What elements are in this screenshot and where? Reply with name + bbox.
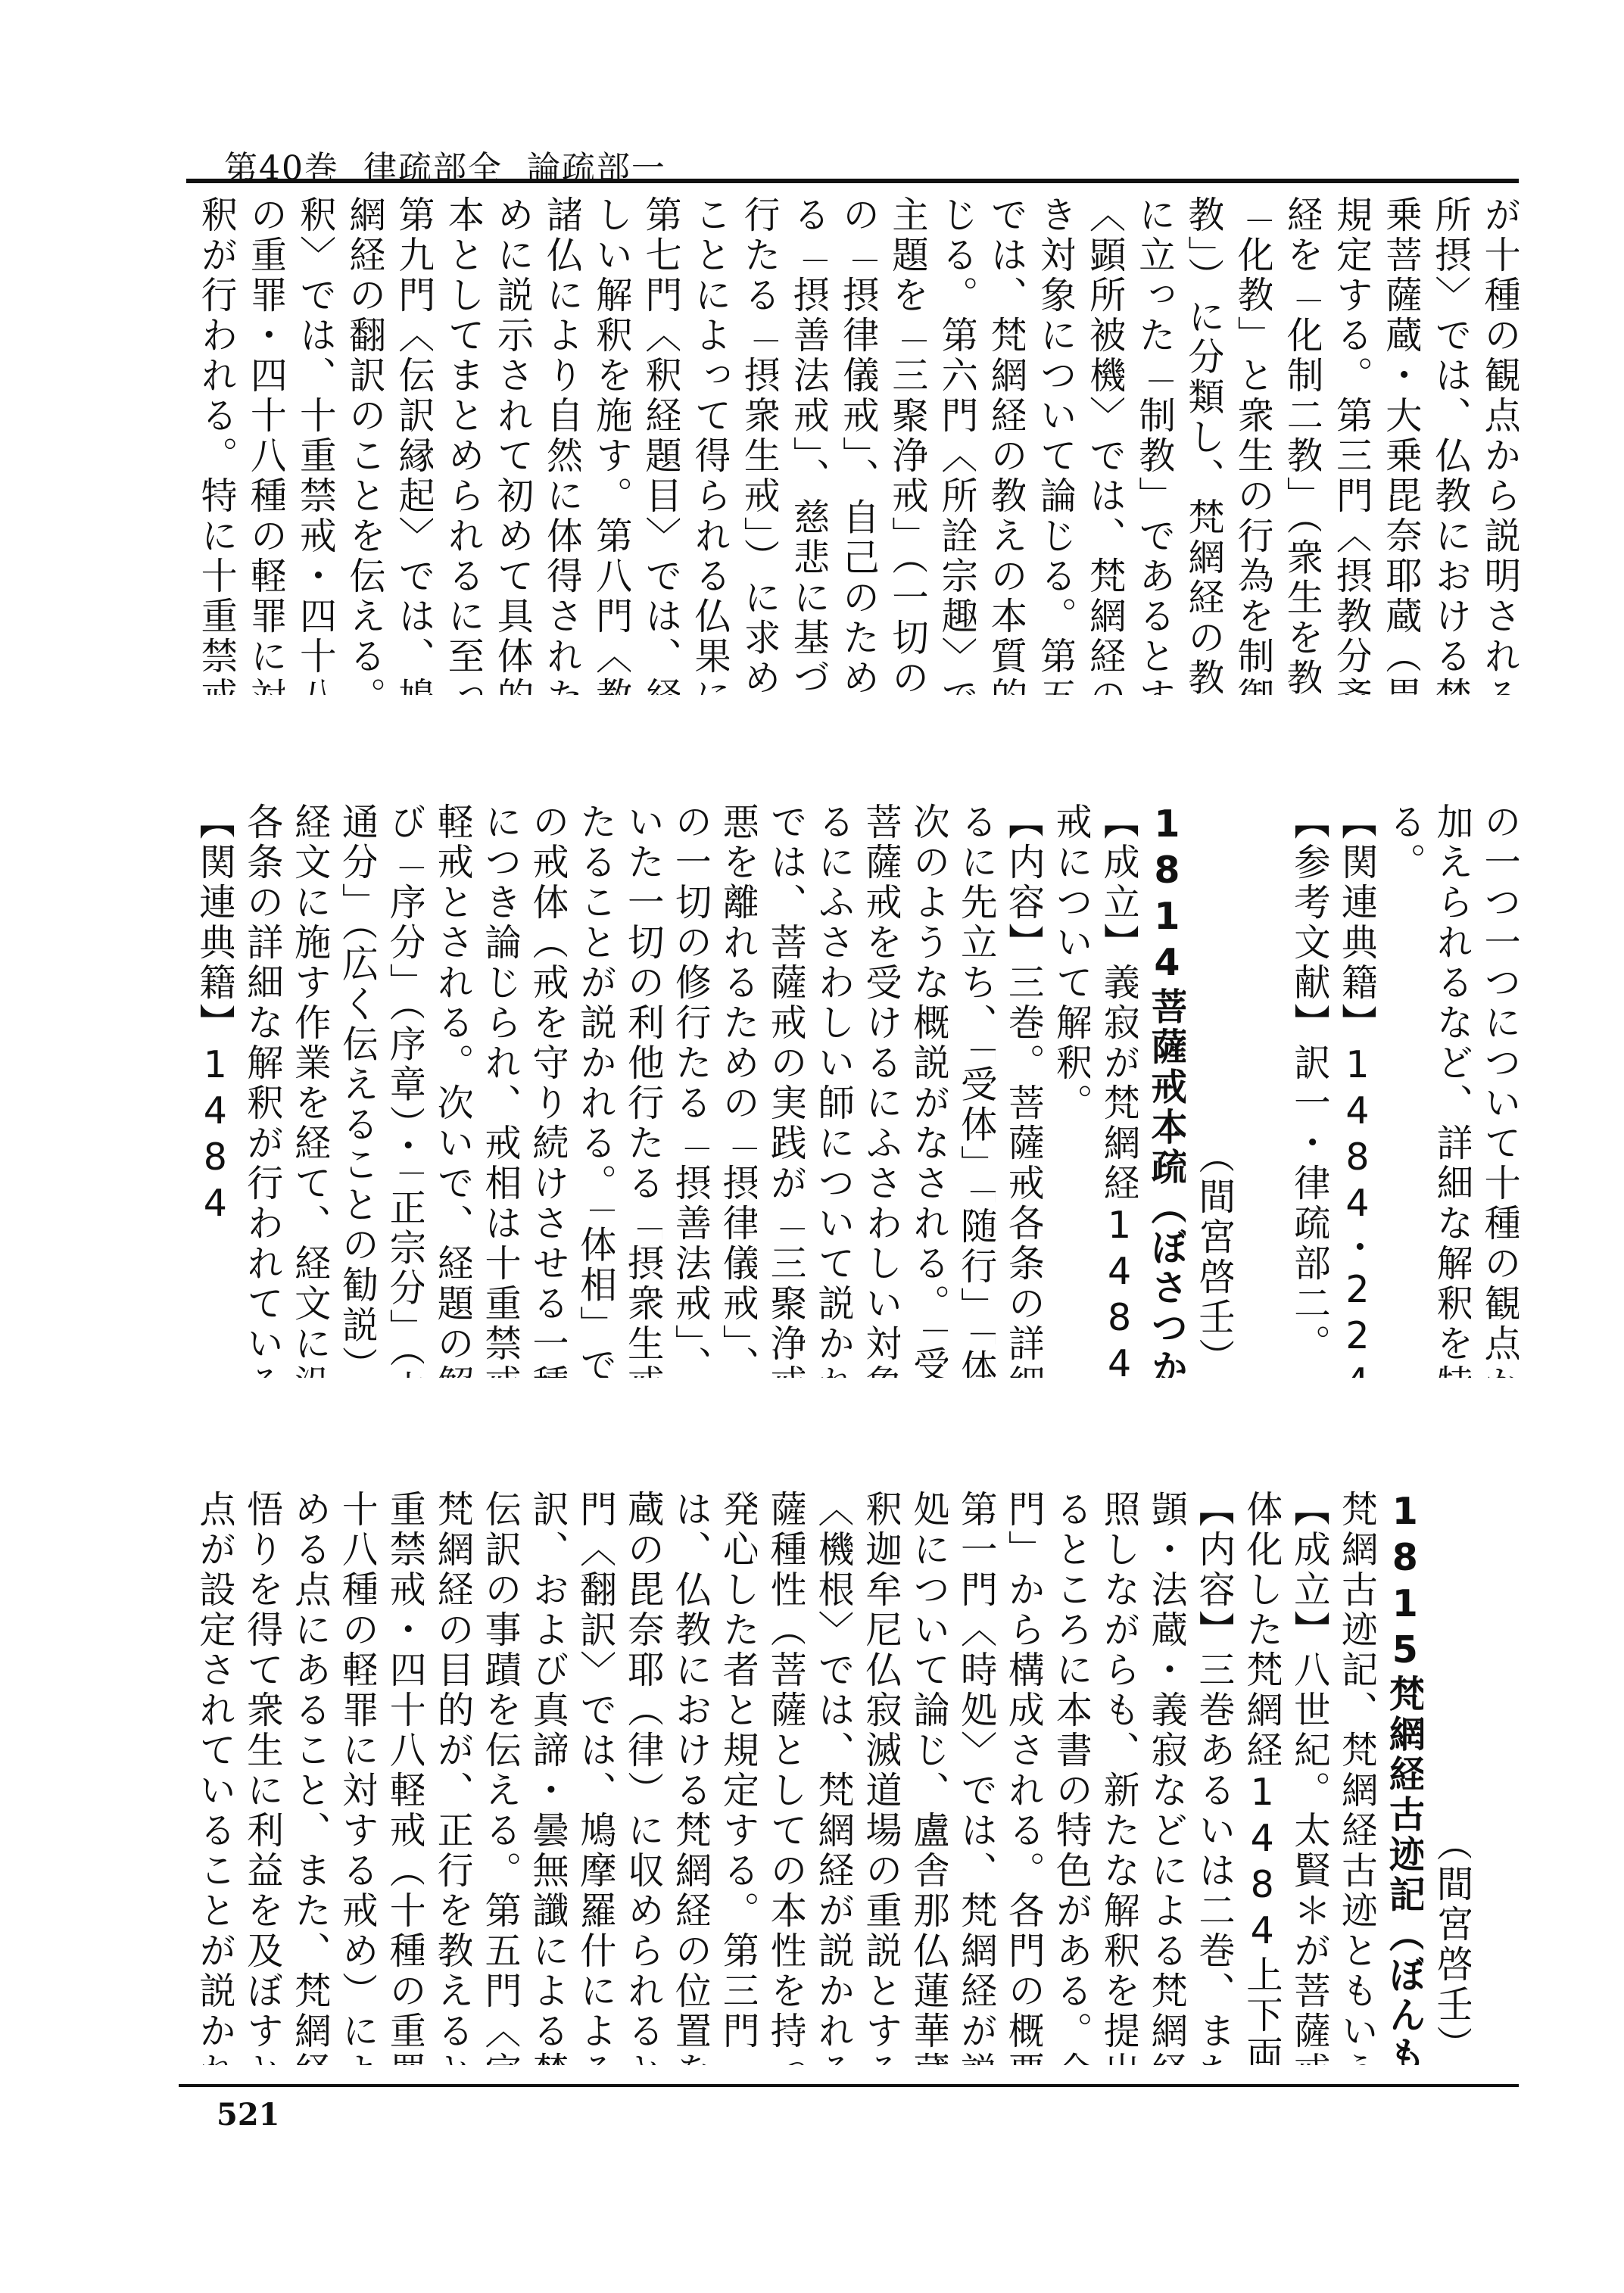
text-column: 戒について解釈。 xyxy=(1043,802,1090,1378)
text-column: 蔵の毘奈耶（律）に収められるとする。第四 xyxy=(615,1490,662,2065)
text-column: 悟りを得て衆生に利益を及ぼすところに到達 xyxy=(234,1490,282,2065)
text-column: び「序分」（序章）・「正宗分」（本論）・「流 xyxy=(376,802,424,1378)
text-column: 【成立】義寂が梵網経1484下巻に説かれる菩薩 xyxy=(1090,802,1138,1378)
text-column: 薩種性（菩薩としての本性を持った者）で xyxy=(757,1490,805,2065)
text-column: 【関連典籍】1484・2247 xyxy=(1329,802,1376,1378)
text-column: 十八種の軽罪に対する戒め）により悪行を戒 xyxy=(329,1490,377,2065)
text-column: では、梵網経の教えの本質的性格について論 xyxy=(976,195,1025,695)
text-column: 行たる「摂衆生戒」）に求め、これを持つ xyxy=(729,195,778,695)
text-column: 主題を「三聚浄戒」（一切の悪を離れるため xyxy=(877,195,927,695)
text-column: 諸仏により自然に体得された戒が、衆生のた xyxy=(531,195,581,695)
text-column: の戒体（戒を守り続けさせる一種の原動力） xyxy=(519,802,567,1378)
text-column: 門」から構成される。各門の概要は次の通り。 xyxy=(996,1490,1043,2065)
text-column: 処について論じ、盧舎那仏蓮華蔵世界の本説、 xyxy=(900,1490,948,2065)
text-column: 軽戒とされる。次いで、経題の解釈、およ xyxy=(424,802,472,1378)
page-number: 521 xyxy=(217,2097,280,2133)
text-column: では、菩薩戒の実践が「三聚浄戒」（一切の xyxy=(757,802,805,1378)
text-column: 第九門〈伝訳縁起〉では、鳩摩羅什による梵 xyxy=(384,195,433,695)
text-column: の一切の修行たる「摂善法戒」、慈悲に基づ xyxy=(662,802,710,1378)
text-column: 点が設定されていることが説かれる。第六門 xyxy=(186,1490,234,2065)
text-column: いた一切の利他行たる「摂衆生戒」）にわ xyxy=(615,802,662,1378)
text-column: の「摂律儀戒」、自己のための一切の修行た xyxy=(828,195,877,695)
entry-heading: 1815梵網経古迹記（ぼんもうきょうこしゃっき） xyxy=(1376,1490,1423,2065)
author-signature: （間宮啓壬） xyxy=(1186,802,1233,1378)
text-column: じる。第六門〈所詮宗趣〉では、梵網経の xyxy=(927,195,976,695)
text-band-2: の一つ一つについて十種の観点からの分析が加えられるなど、詳細な解釈を特徴としてい… xyxy=(186,802,1519,1378)
text-column: は、仏教における梵網経の位置を論じ、菩薩 xyxy=(662,1490,710,2065)
text-band-1: が十種の観点から説明される。第二門〈諸蔵所摂〉では、仏教における梵網経の位置を大… xyxy=(186,195,1519,695)
text-column: る「摂善法戒」、慈悲に基づいた一切の利他 xyxy=(778,195,828,695)
text-column: るにふさわしい師について説かれる。「随行」 xyxy=(805,802,853,1378)
text-column: 加えられるなど、詳細な解釈を特徴としてい xyxy=(1423,802,1471,1378)
text-column: 本としてまとめられるに至ったことを説く。 xyxy=(433,195,482,695)
text-column: たることが説かれる。「体相」では、菩薩戒 xyxy=(567,802,615,1378)
text-column: に立った「制教」であるとする。第四門の xyxy=(1124,195,1174,695)
header-rule xyxy=(186,179,1519,183)
text-column: 第一門〈時処〉では、梵網経が説かれた時と xyxy=(948,1490,996,2065)
text-column: 【成立】八世紀。太賢＊が菩薩戒の思想を具 xyxy=(1281,1490,1329,2065)
text-column: 通分」（広く伝えることの勧説）の三分科を xyxy=(329,802,377,1378)
text-column: めに説示されて初めて具体的な戒となり、戒 xyxy=(482,195,531,695)
text-column: が十種の観点から説明される。第二門〈諸蔵 xyxy=(1470,195,1519,695)
text-column: 梵網経の目的が、正行を教えると共に、十 xyxy=(424,1490,472,2065)
text-column: 【内容】三巻あるいは二巻、または四巻。智 xyxy=(1186,1490,1233,2065)
text-column: 網経の翻訳のことを伝える。第十門〈随文解 xyxy=(335,195,384,695)
footer-rule xyxy=(179,2084,1519,2087)
text-column: 菩薩戒を受けるにふさわしい対象および授け xyxy=(853,802,900,1378)
entry-heading: 1814菩薩戒本疏（ぼさつかいほんしょ） xyxy=(1138,802,1186,1378)
text-column xyxy=(1471,1490,1519,2065)
text-column: 門〈翻訳〉では、鳩摩羅什による梵網経の翻 xyxy=(567,1490,615,2065)
text-column: 各条の詳細な解釈が行われている。 xyxy=(234,802,282,1378)
text-column: める点にあること、また、梵網経においては、 xyxy=(282,1490,329,2065)
text-column: 訳、および真諦・曇無讖による梵網経戒本の xyxy=(519,1490,567,2065)
text-column: 「化教」と衆生の行為を制御するための「制 xyxy=(1223,195,1272,695)
text-column: 〈顕所被機〉では、梵網経の教えを受けるべ xyxy=(1074,195,1124,695)
text-column: 教」）に分類し、梵網経の教えは大乗の立場 xyxy=(1174,195,1223,695)
text-band-3: （間宮啓壬）1815梵網経古迹記（ぼんもうきょうこしゃっき）梵網古迹記、梵網経古… xyxy=(186,1490,1519,2065)
text-column xyxy=(1233,802,1281,1378)
text-column: き対象について論じる。第五門〈能詮教体〉 xyxy=(1025,195,1074,695)
text-column: 第七門〈釈経題目〉では、経題に対して詳 xyxy=(631,195,680,695)
text-column: 釈が行われる。特に十重禁戒に対しては、そ xyxy=(186,195,235,695)
text-column: 釈〉では、十重禁戒・四十八軽戒（十種 xyxy=(285,195,334,695)
text-column: の一つ一つについて十種の観点からの分析が xyxy=(1471,802,1519,1378)
text-column: るに先立ち、「受体」「随行」「体相」の順で xyxy=(948,802,996,1378)
text-column: につき論じられ、戒相は十重禁戒・四十八 xyxy=(472,802,519,1378)
text-column: 【関連典籍】1484 xyxy=(186,802,234,1378)
text-column: 釈迦牟尼仏寂滅道場の重説とする。第二門 xyxy=(853,1490,900,2065)
text-column: 所摂〉では、仏教における梵網経の位置を大 xyxy=(1420,195,1470,695)
text-column: 重禁戒・四十八軽戒（十種の重罪および四 xyxy=(376,1490,424,2065)
text-column: 規定する。第三門〈摂教分斉〉では、一切 xyxy=(1321,195,1370,695)
text-column: るところに本書の特色がある。全体は「七 xyxy=(1043,1490,1090,2065)
author-signature: （間宮啓壬） xyxy=(1423,1490,1471,2065)
text-column: 悪を離れるための「摂律儀戒」、自己のため xyxy=(709,802,757,1378)
text-column: 発心した者と規定する。第三門〈蔵摂〉で xyxy=(709,1490,757,2065)
text-column: 照しながらも、新たな解釈を提出しようとす xyxy=(1090,1490,1138,2065)
text-column: の重罪・四十八種の軽罪に対する戒め）の解 xyxy=(235,195,285,695)
text-column: 体化した梵網経1484上下両巻を解釈。 xyxy=(1233,1490,1281,2065)
text-column: 【内容】三巻。菩薩戒各条の詳細な解釈に入 xyxy=(996,802,1043,1378)
text-column: 梵網古迹記、梵網経古迹ともいう。 xyxy=(1329,1490,1376,2065)
text-column: 顗・法蔵・義寂などによる梵網経の解釈を参 xyxy=(1138,1490,1186,2065)
text-column: ことによって得られる仏果について論じる。 xyxy=(680,195,729,695)
text-column: る。 xyxy=(1376,802,1423,1378)
text-column: 経を「化制二教」（衆生を教化するための xyxy=(1272,195,1321,695)
text-column: しい解釈を施す。第八門〈教起本末〉では、 xyxy=(581,195,630,695)
text-column: 〈機根〉では、梵網経が説かれる対象を、菩 xyxy=(805,1490,853,2065)
text-column: 【参考文献】訳一・律疏部二。 xyxy=(1281,802,1329,1378)
text-column: 次のような概説がなされる。「受体」では、 xyxy=(900,802,948,1378)
text-column: 乗菩薩蔵・大乗毘奈耶蔵（毘奈耶＝律）等と xyxy=(1370,195,1420,695)
text-column: 経文に施す作業を経て、経文に沿った菩薩戒 xyxy=(282,802,329,1378)
text-column: 伝訳の事蹟を伝える。第五門〈宗趣〉では、 xyxy=(472,1490,519,2065)
